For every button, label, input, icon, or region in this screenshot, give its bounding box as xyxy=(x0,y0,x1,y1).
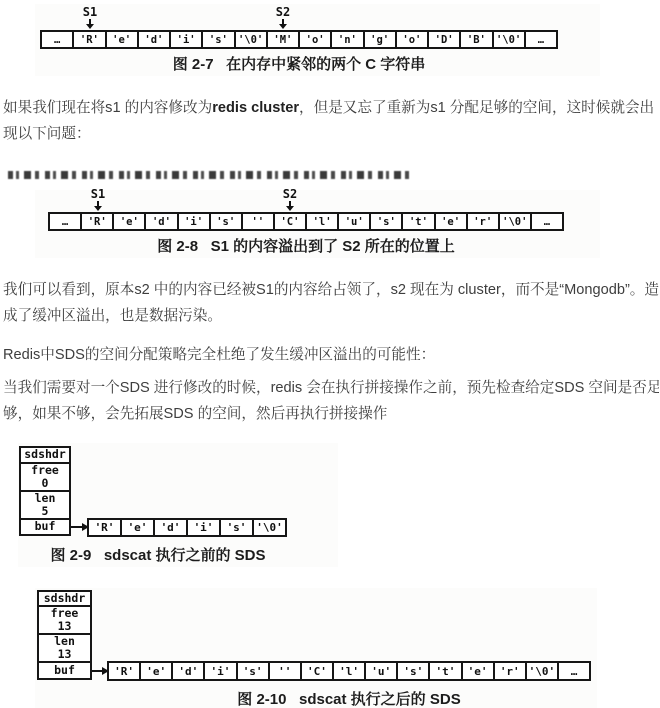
memory-cell: '\0' xyxy=(492,32,524,47)
memory-cell: 's' xyxy=(201,32,233,47)
struct-field-len: len 5 xyxy=(21,490,69,518)
memory-cell: 'e' xyxy=(139,663,171,679)
document-page: S1 S2 …'R''e''d''i''s''\0''M''o''n''g''o… xyxy=(0,0,660,708)
figure-2-8: S1 S2 …'R''e''d''i''s''''C''l''u''s''t''… xyxy=(35,190,600,258)
memory-cell: 'R' xyxy=(109,663,139,679)
memory-cell: 'r' xyxy=(493,663,525,679)
down-arrowhead-icon xyxy=(279,24,287,29)
struct-header: sdshdr xyxy=(21,448,69,462)
memory-cell: 'R' xyxy=(80,214,112,229)
down-arrowhead-icon xyxy=(94,206,102,211)
paragraph-sds-policy: Redis中SDS的空间分配策略完全杜绝了发生缓冲区溢出的可能性： xyxy=(3,342,659,368)
memory-cell: 'd' xyxy=(137,32,169,47)
memory-cell: 'l' xyxy=(332,663,364,679)
struct-field-free: free 13 xyxy=(39,605,90,633)
memory-cell: 'e' xyxy=(112,214,144,229)
memory-cell: 'R' xyxy=(72,32,104,47)
memory-row: 'R''e''d''i''s''''C''l''u''s''t''e''r''\… xyxy=(107,661,591,681)
pointer-s2-label: S2 xyxy=(283,188,297,200)
field-label: len xyxy=(35,492,56,505)
paragraph-sds-check: 当我们需要对一个SDS 进行修改的时候，redis 会在执行拼接操作之前，预先检… xyxy=(3,375,659,427)
right-arrow-icon xyxy=(92,670,107,672)
field-value: 13 xyxy=(58,648,72,661)
memory-cell: 's' xyxy=(369,214,401,229)
memory-cell: 'R' xyxy=(89,520,120,535)
memory-cell: 'l' xyxy=(305,214,337,229)
pointer-s1: S1 xyxy=(85,188,111,211)
memory-cell: '\0' xyxy=(525,663,557,679)
memory-cell: 'o' xyxy=(298,32,330,47)
memory-cell: 's' xyxy=(236,663,268,679)
sdshdr-struct: sdshdr free 0 len 5 buf xyxy=(19,446,71,536)
paragraph-modify-s1: 如果我们现在将s1 的内容修改为redis cluster，但是又忘了重新为s1… xyxy=(3,95,659,147)
figure-caption: 图 2-10 sdscat 执行之后的 SDS xyxy=(107,688,591,708)
paragraph-line: Redis中SDS的空间分配策略完全杜绝了发生缓冲区溢出的可能性： xyxy=(3,342,659,368)
field-value: 0 xyxy=(42,477,49,490)
pointer-s2: S2 xyxy=(277,188,303,211)
memory-cell: 'u' xyxy=(364,663,396,679)
memory-row: 'R''e''d''i''s''\0' xyxy=(87,518,287,537)
figure-caption: 图 2-9 sdscat 执行之前的 SDS xyxy=(33,544,283,565)
memory-cell: 'D' xyxy=(427,32,459,47)
paragraph-line: 现以下问题： xyxy=(3,121,659,147)
paragraph-line: 如果我们现在将s1 的内容修改为redis cluster，但是又忘了重新为s1… xyxy=(3,95,659,121)
sdshdr-struct: sdshdr free 13 len 13 buf xyxy=(37,590,92,680)
memory-cell: 's' xyxy=(219,520,252,535)
memory-cell: 't' xyxy=(428,663,460,679)
figure-caption: 图 2-7 在内存中紧邻的两个 C 字符串 xyxy=(40,53,558,74)
memory-cell: … xyxy=(524,32,556,47)
paragraph-line: 成了缓冲区溢出，也是数据污染。 xyxy=(3,303,659,329)
figure-2-7: S1 S2 …'R''e''d''i''s''\0''M''o''n''g''o… xyxy=(35,4,600,76)
down-arrowhead-icon xyxy=(86,24,94,29)
memory-cell: 'i' xyxy=(169,32,201,47)
paragraph-line: 当我们需要对一个SDS 进行修改的时候，redis 会在执行拼接操作之前，预先检… xyxy=(3,375,659,401)
memory-cell: 'd' xyxy=(171,663,203,679)
memory-cell: 'd' xyxy=(144,214,176,229)
memory-cell: 't' xyxy=(401,214,433,229)
pointer-s1: S1 xyxy=(77,6,103,29)
memory-cell: 'u' xyxy=(337,214,369,229)
memory-cell: '\0' xyxy=(252,520,285,535)
memory-cell: 'C' xyxy=(300,663,332,679)
memory-cell: 'e' xyxy=(105,32,137,47)
memory-cell: 'i' xyxy=(203,663,235,679)
figure-2-10: sdshdr free 13 len 13 buf 'R''e''d''i''s… xyxy=(35,588,597,708)
figure-2-9: sdshdr free 0 len 5 buf 'R''e''d''i''s''… xyxy=(18,443,338,567)
memory-row: …'R''e''d''i''s''''C''l''u''s''t''e''r''… xyxy=(48,212,564,231)
memory-cell: '\0' xyxy=(234,32,266,47)
struct-field-buf: buf xyxy=(39,661,90,678)
memory-cell: 'n' xyxy=(330,32,362,47)
pointer-s1-label: S1 xyxy=(83,6,97,18)
memory-cell: … xyxy=(42,32,72,47)
memory-row: …'R''e''d''i''s''\0''M''o''n''g''o''D''B… xyxy=(40,30,558,49)
pointer-s2: S2 xyxy=(270,6,296,29)
memory-cell: 'd' xyxy=(153,520,186,535)
memory-cell: 'e' xyxy=(434,214,466,229)
right-arrow-icon xyxy=(71,526,87,528)
memory-cell: '\0' xyxy=(498,214,530,229)
memory-cell: 'e' xyxy=(120,520,153,535)
memory-cell: 'e' xyxy=(461,663,493,679)
memory-cell: 'g' xyxy=(363,32,395,47)
text-run: 如果我们现在将s1 的内容修改为 xyxy=(3,100,212,116)
clipped-text-artifact xyxy=(8,171,410,179)
pointer-s2-label: S2 xyxy=(276,6,290,18)
memory-cell: 'B' xyxy=(459,32,491,47)
memory-cell: 'i' xyxy=(177,214,209,229)
memory-cell: 'o' xyxy=(395,32,427,47)
memory-cell: 'r' xyxy=(466,214,498,229)
paragraph-line: 够，如果不够，会先拓展SDS 的空间，然后再执行拼接操作 xyxy=(3,401,659,427)
memory-cell: 'i' xyxy=(186,520,219,535)
down-arrowhead-icon xyxy=(286,206,294,211)
text-run: ，但是又忘了重新为s1 分配足够的空间，这时候就会出 xyxy=(299,100,654,116)
memory-cell: 'C' xyxy=(273,214,305,229)
field-value: 5 xyxy=(42,505,49,518)
paragraph-line: 我们可以看到，原本s2 中的内容已经被S1的内容给占领了，s2 现在为 clus… xyxy=(3,277,659,303)
struct-field-free: free 0 xyxy=(21,462,69,490)
field-value: 13 xyxy=(58,620,72,633)
memory-cell: 's' xyxy=(396,663,428,679)
struct-field-len: len 13 xyxy=(39,633,90,661)
paragraph-overflow-result: 我们可以看到，原本s2 中的内容已经被S1的内容给占领了，s2 现在为 clus… xyxy=(3,277,659,329)
memory-cell: … xyxy=(50,214,80,229)
field-label: free xyxy=(31,464,59,477)
figure-caption: 图 2-8 S1 的内容溢出到了 S2 所在的位置上 xyxy=(48,235,564,256)
memory-cell: '' xyxy=(241,214,273,229)
pointer-s1-label: S1 xyxy=(91,188,105,200)
memory-cell: 's' xyxy=(209,214,241,229)
memory-cell: '' xyxy=(268,663,300,679)
memory-cell: … xyxy=(530,214,562,229)
memory-cell: 'M' xyxy=(266,32,298,47)
struct-header: sdshdr xyxy=(39,592,90,605)
memory-cell: … xyxy=(557,663,589,679)
bold-text-run: redis cluster xyxy=(212,100,299,116)
struct-field-buf: buf xyxy=(21,518,69,534)
